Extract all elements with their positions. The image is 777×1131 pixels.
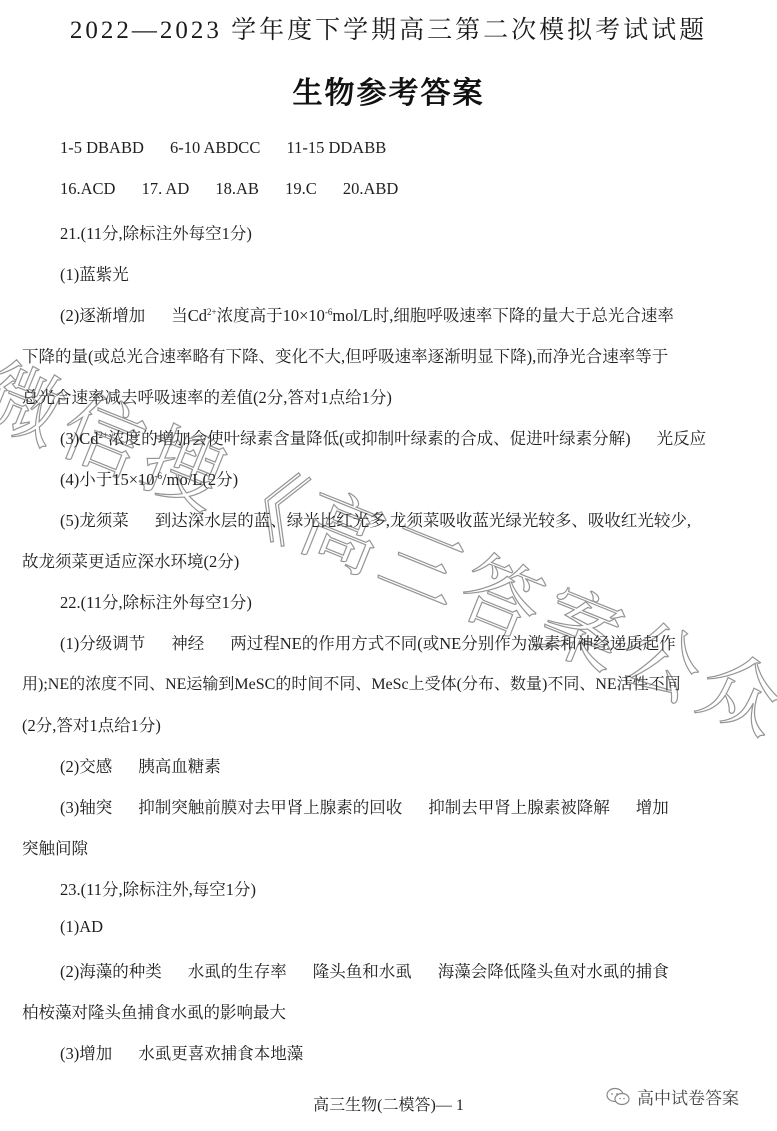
mc-group: 11-15 DDABB <box>286 138 386 158</box>
answer-text: (3)增加 <box>60 1044 112 1063</box>
q21-part5-line2: 故龙须菜更适应深水环境(2分) <box>22 548 762 572</box>
answer-text: mol/L时,细胞呼吸速率下降的量大于总光合速率 <box>332 306 673 325</box>
q23-header: 23.(11分,除标注外,每空1分) <box>60 876 777 900</box>
q23-part3: (3)增加水虱更喜欢捕食本地藻 <box>60 1040 777 1064</box>
answer-text: 隆头鱼和水虱 <box>313 962 412 981</box>
q22-part3-line2: 突触间隙 <box>22 835 762 859</box>
answer-text: 两过程NE的作用方式不同(或NE分别作为激素和神经递质起作 <box>230 634 675 653</box>
q21-header: 21.(11分,除标注外每空1分) <box>60 220 777 244</box>
document-subtitle: 生物参考答案 <box>0 68 777 112</box>
mc-group: 6-10 ABDCC <box>170 138 260 158</box>
answer-text: (5)龙须菜 <box>60 511 129 530</box>
answer-text: (2)海藻的种类 <box>60 962 162 981</box>
answer-text: 胰高血糖素 <box>138 757 221 776</box>
mc-answer: 18.AB <box>215 179 259 199</box>
q23-part2: (2)海藻的种类水虱的生存率隆头鱼和水虱海藻会降低隆头鱼对水虱的捕食 <box>60 958 777 982</box>
mc-answer: 20.ABD <box>343 179 398 199</box>
mc-answer: 16.ACD <box>60 179 115 199</box>
mc-group: 1-5 DBABD <box>60 138 144 158</box>
q22-part1-line2: 用);NE的浓度不同、NE运输到MeSC的时间不同、MeSc上受体(分布、数量)… <box>22 671 762 694</box>
q23-part1: (1)AD <box>60 917 777 937</box>
q22-header: 22.(11分,除标注外每空1分) <box>60 589 777 613</box>
answer-text: 海藻会降低隆头鱼对水虱的捕食 <box>438 962 669 981</box>
answer-text: 增加 <box>636 798 669 817</box>
answer-key-page: 2022—2023 学年度下学期高三第二次模拟考试试题 生物参考答案 1-5 D… <box>0 0 777 1131</box>
mc-answers-row-1: 1-5 DBABD 6-10 ABDCC 11-15 DDABB <box>60 138 777 158</box>
q22-part3: (3)轴突抑制突触前膜对去甲肾上腺素的回收抑制去甲肾上腺素被降解增加 <box>60 794 777 818</box>
q21-part2-line2: 下降的量(或总光合速率略有下降、变化不大,但呼吸速率逐渐明显下降),而净光合速率… <box>22 343 762 367</box>
mc-answers-row-2: 16.ACD 17. AD 18.AB 19.C 20.ABD <box>60 179 777 199</box>
answer-text: (4)小于15×10 <box>60 470 155 489</box>
answer-text: 抑制去甲肾上腺素被降解 <box>428 798 610 817</box>
answer-text: (3)Cd <box>60 429 99 448</box>
q23-part2-line2: 柏桉藻对隆头鱼捕食水虱的影响最大 <box>22 999 762 1023</box>
q21-part1: (1)蓝紫光 <box>60 261 777 285</box>
superscript: 2+ <box>207 307 217 317</box>
answer-text: 当Cd <box>171 306 207 325</box>
answer-text: (2)交感 <box>60 757 112 776</box>
answer-text: 到达深水层的蓝、绿光比红光多,龙须菜吸收蓝光绿光较多、吸收红光较少, <box>155 511 691 530</box>
badge-text: 高中试卷答案 <box>637 1084 739 1109</box>
answer-text: 浓度的增加会使叶绿素含量降低(或抑制叶绿素的合成、促进叶绿素分解) <box>108 429 631 448</box>
mc-answer: 19.C <box>285 179 317 199</box>
wechat-icon <box>605 1086 631 1108</box>
superscript: 2+ <box>99 430 109 440</box>
answer-text: 水虱更喜欢捕食本地藻 <box>138 1044 303 1063</box>
answer-text: 抑制突触前膜对去甲肾上腺素的回收 <box>138 798 402 817</box>
q21-part4: (4)小于15×10-6/mo/L(2分) <box>60 466 777 490</box>
q22-part2: (2)交感胰高血糖素 <box>60 753 777 777</box>
answer-text: (3)轴突 <box>60 798 112 817</box>
q21-part3: (3)Cd2+浓度的增加会使叶绿素含量降低(或抑制叶绿素的合成、促进叶绿素分解)… <box>60 425 777 449</box>
q21-part5: (5)龙须菜到达深水层的蓝、绿光比红光多,龙须菜吸收蓝光绿光较多、吸收红光较少, <box>60 507 777 531</box>
document-title: 2022—2023 学年度下学期高三第二次模拟考试试题 <box>0 10 777 46</box>
superscript: -6 <box>155 471 163 481</box>
q22-part1: (1)分级调节神经两过程NE的作用方式不同(或NE分别作为激素和神经递质起作 <box>60 630 777 654</box>
q22-part1-line3: (2分,答对1点给1分) <box>22 712 762 736</box>
answer-text: 光反应 <box>657 429 707 448</box>
answer-text: (2)逐渐增加 <box>60 306 145 325</box>
answer-text: 浓度高于10×10 <box>217 306 325 325</box>
answer-text: (1)分级调节 <box>60 634 145 653</box>
q21-part2-line3: 总光合速率减去呼吸速率的差值(2分,答对1点给1分) <box>22 384 762 408</box>
q21-part2: (2)逐渐增加当Cd2+浓度高于10×10-6mol/L时,细胞呼吸速率下降的量… <box>60 302 777 326</box>
wechat-badge: 高中试卷答案 <box>605 1084 739 1109</box>
mc-answer: 17. AD <box>142 179 190 199</box>
answer-text: 水虱的生存率 <box>188 962 287 981</box>
answer-text: /mo/L(2分) <box>162 470 238 489</box>
answer-text: 神经 <box>171 634 204 653</box>
